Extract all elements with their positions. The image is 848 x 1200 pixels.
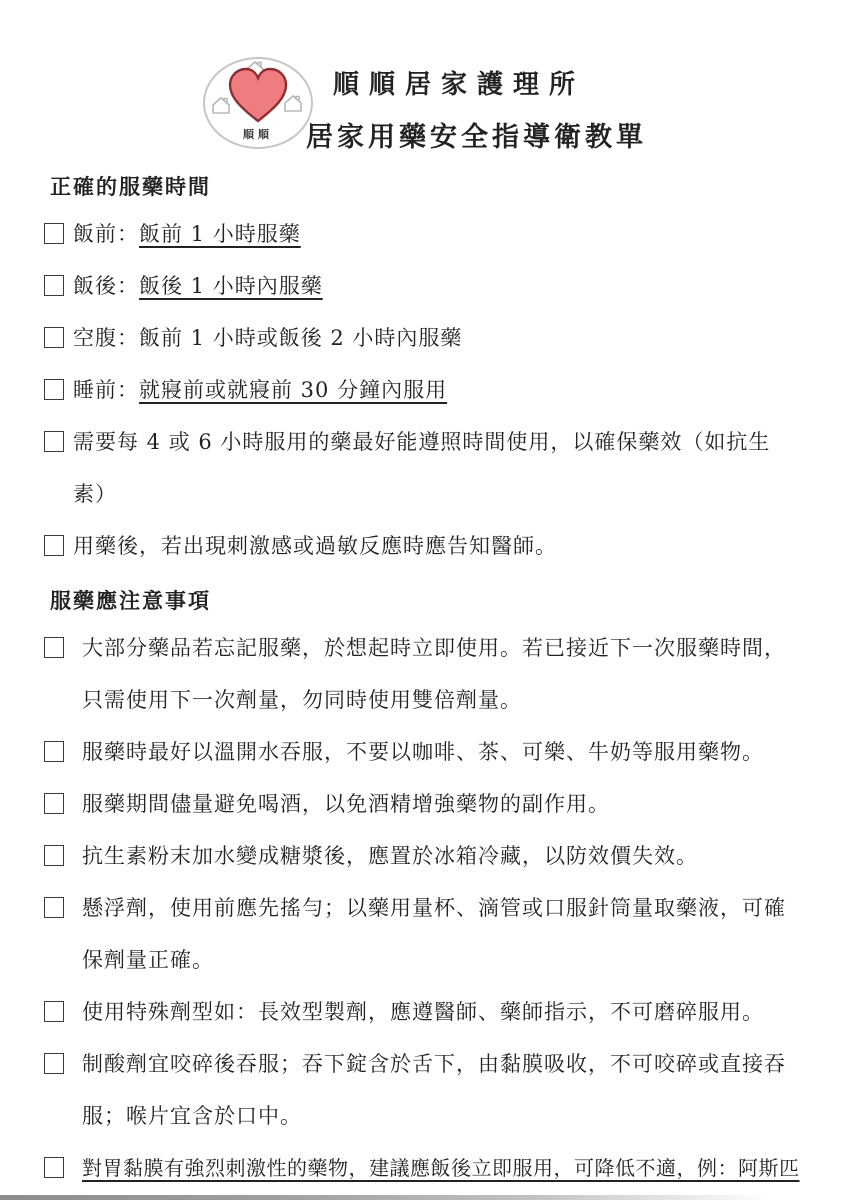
plain-text: 服藥期間儘量避免喝酒，以免酒精增強藥物的副作用。 [82, 792, 610, 816]
checkbox[interactable] [44, 793, 64, 814]
underlined-text: 飯後 1 小時內服藥 [139, 274, 323, 298]
checklist-item-text: 大部分藥品若忘記服藥，於想起時立即使用。若已接近下一次服藥時間，只需使用下一次劑… [82, 622, 798, 726]
checkbox[interactable] [44, 741, 64, 762]
checklist: 大部分藥品若忘記服藥，於想起時立即使用。若已接近下一次服藥時間，只需使用下一次劑… [44, 622, 804, 1194]
checklist-item-text: 服藥期間儘量避免喝酒，以免酒精增強藥物的副作用。 [82, 778, 798, 830]
checkbox[interactable] [44, 637, 64, 658]
document-header: 順順 順順居家護理所 居家用藥安全指導衛教單 [0, 0, 848, 160]
clinic-name: 順順居家護理所 [333, 64, 585, 101]
checkbox[interactable] [44, 1053, 64, 1074]
checklist-item: 服藥期間儘量避免喝酒，以免酒精增強藥物的副作用。 [44, 778, 804, 830]
checklist-item-text: 對胃黏膜有強烈刺激性的藥物，建議應飯後立即服用，可降低不適，例：阿斯匹 [82, 1142, 798, 1194]
checklist-item: 飯前：飯前 1 小時服藥 [44, 208, 804, 260]
checklist-item: 用藥後，若出現刺激感或過敏反應時應告知醫師。 [44, 520, 804, 572]
checkbox[interactable] [44, 379, 64, 400]
document-body: 正確的服藥時間飯前：飯前 1 小時服藥飯後：飯後 1 小時內服藥空腹：飯前 1 … [0, 172, 848, 1194]
checklist-item-text: 需要每 4 或 6 小時服用的藥最好能遵照時間使用，以確保藥效（如抗生素） [73, 416, 799, 520]
checklist-item-text: 制酸劑宜咬碎後吞服；吞下錠含於舌下，由黏膜吸收，不可咬碎或直接吞服；喉片宜含於口… [82, 1038, 798, 1142]
plain-text: 睡前： [73, 378, 139, 402]
section-heading: 正確的服藥時間 [44, 172, 804, 202]
document-page: 順順 順順居家護理所 居家用藥安全指導衛教單 正確的服藥時間飯前：飯前 1 小時… [0, 0, 848, 1200]
plain-text: 懸浮劑，使用前應先搖勻；以藥用量杯、滴管或口服針筒量取藥液，可確保劑量正確。 [82, 896, 786, 972]
checkbox[interactable] [44, 535, 64, 556]
plain-text: 飯前： [73, 222, 139, 246]
plain-text: 用藥後，若出現刺激感或過敏反應時應告知醫師。 [73, 534, 557, 558]
plain-text: 使用特殊劑型如：長效型製劑，應遵醫師、藥師指示，不可磨碎服用。 [82, 1000, 764, 1024]
checkbox[interactable] [44, 275, 64, 296]
checklist-item: 使用特殊劑型如：長效型製劑，應遵醫師、藥師指示，不可磨碎服用。 [44, 986, 804, 1038]
checkbox[interactable] [44, 897, 64, 918]
logo-label: 順順 [243, 127, 273, 141]
checklist-item: 制酸劑宜咬碎後吞服；吞下錠含於舌下，由黏膜吸收，不可咬碎或直接吞服；喉片宜含於口… [44, 1038, 804, 1142]
checklist-item-text: 服藥時最好以溫開水吞服，不要以咖啡、茶、可樂、牛奶等服用藥物。 [82, 726, 798, 778]
clinic-logo: 順順 [201, 56, 315, 152]
checklist-item-text: 空腹：飯前 1 小時或飯後 2 小時內服藥 [73, 312, 799, 364]
checklist-item: 對胃黏膜有強烈刺激性的藥物，建議應飯後立即服用，可降低不適，例：阿斯匹 [44, 1142, 804, 1194]
checkbox[interactable] [44, 1157, 64, 1178]
checklist-item: 需要每 4 或 6 小時服用的藥最好能遵照時間使用，以確保藥效（如抗生素） [44, 416, 804, 520]
checkbox[interactable] [44, 1001, 64, 1022]
checklist-item-text: 使用特殊劑型如：長效型製劑，應遵醫師、藥師指示，不可磨碎服用。 [82, 986, 798, 1038]
checklist-item-text: 抗生素粉末加水變成糖漿後，應置於冰箱冷藏，以防效價失效。 [82, 830, 798, 882]
clinic-logo-graphic: 順順 [201, 56, 315, 152]
checklist-item-text: 飯後：飯後 1 小時內服藥 [73, 260, 799, 312]
checklist-item: 大部分藥品若忘記服藥，於想起時立即使用。若已接近下一次服藥時間，只需使用下一次劑… [44, 622, 804, 726]
checklist: 飯前：飯前 1 小時服藥飯後：飯後 1 小時內服藥空腹：飯前 1 小時或飯後 2… [44, 208, 804, 572]
page-title: 居家用藥安全指導衛教單 [306, 115, 647, 154]
section-heading: 服藥應注意事項 [44, 586, 804, 616]
checklist-item: 抗生素粉末加水變成糖漿後，應置於冰箱冷藏，以防效價失效。 [44, 830, 804, 882]
checklist-item-text: 用藥後，若出現刺激感或過敏反應時應告知醫師。 [73, 520, 799, 572]
checkbox[interactable] [44, 845, 64, 866]
checklist-item: 空腹：飯前 1 小時或飯後 2 小時內服藥 [44, 312, 804, 364]
checklist-item: 飯後：飯後 1 小時內服藥 [44, 260, 804, 312]
plain-text: 制酸劑宜咬碎後吞服；吞下錠含於舌下，由黏膜吸收，不可咬碎或直接吞服；喉片宜含於口… [82, 1052, 786, 1128]
plain-text: 飯後： [73, 274, 139, 298]
checklist-item-text: 懸浮劑，使用前應先搖勻；以藥用量杯、滴管或口服針筒量取藥液，可確保劑量正確。 [82, 882, 798, 986]
plain-text: 空腹：飯前 1 小時或飯後 2 小時內服藥 [73, 326, 462, 350]
checkbox[interactable] [44, 431, 64, 452]
checkbox[interactable] [44, 327, 64, 348]
checklist-item: 服藥時最好以溫開水吞服，不要以咖啡、茶、可樂、牛奶等服用藥物。 [44, 726, 804, 778]
underlined-text: 飯前 1 小時服藥 [139, 222, 301, 246]
checklist-item: 懸浮劑，使用前應先搖勻；以藥用量杯、滴管或口服針筒量取藥液，可確保劑量正確。 [44, 882, 804, 986]
checklist-item-text: 飯前：飯前 1 小時服藥 [73, 208, 799, 260]
underlined-text: 對胃黏膜有強烈刺激性的藥物，建議應飯後立即服用，可降低不適，例：阿斯匹 [82, 1156, 800, 1180]
checklist-item-text: 睡前：就寢前或就寢前 30 分鐘內服用 [73, 364, 799, 416]
scan-edge-artifact [0, 1195, 772, 1200]
plain-text: 需要每 4 或 6 小時服用的藥最好能遵照時間使用，以確保藥效（如抗生素） [73, 430, 770, 506]
checklist-item: 睡前：就寢前或就寢前 30 分鐘內服用 [44, 364, 804, 416]
plain-text: 大部分藥品若忘記服藥，於想起時立即使用。若已接近下一次服藥時間，只需使用下一次劑… [82, 636, 786, 712]
checkbox[interactable] [44, 223, 64, 244]
plain-text: 抗生素粉末加水變成糖漿後，應置於冰箱冷藏，以防效價失效。 [82, 844, 698, 868]
plain-text: 服藥時最好以溫開水吞服，不要以咖啡、茶、可樂、牛奶等服用藥物。 [82, 740, 764, 764]
underlined-text: 就寢前或就寢前 30 分鐘內服用 [139, 378, 447, 402]
